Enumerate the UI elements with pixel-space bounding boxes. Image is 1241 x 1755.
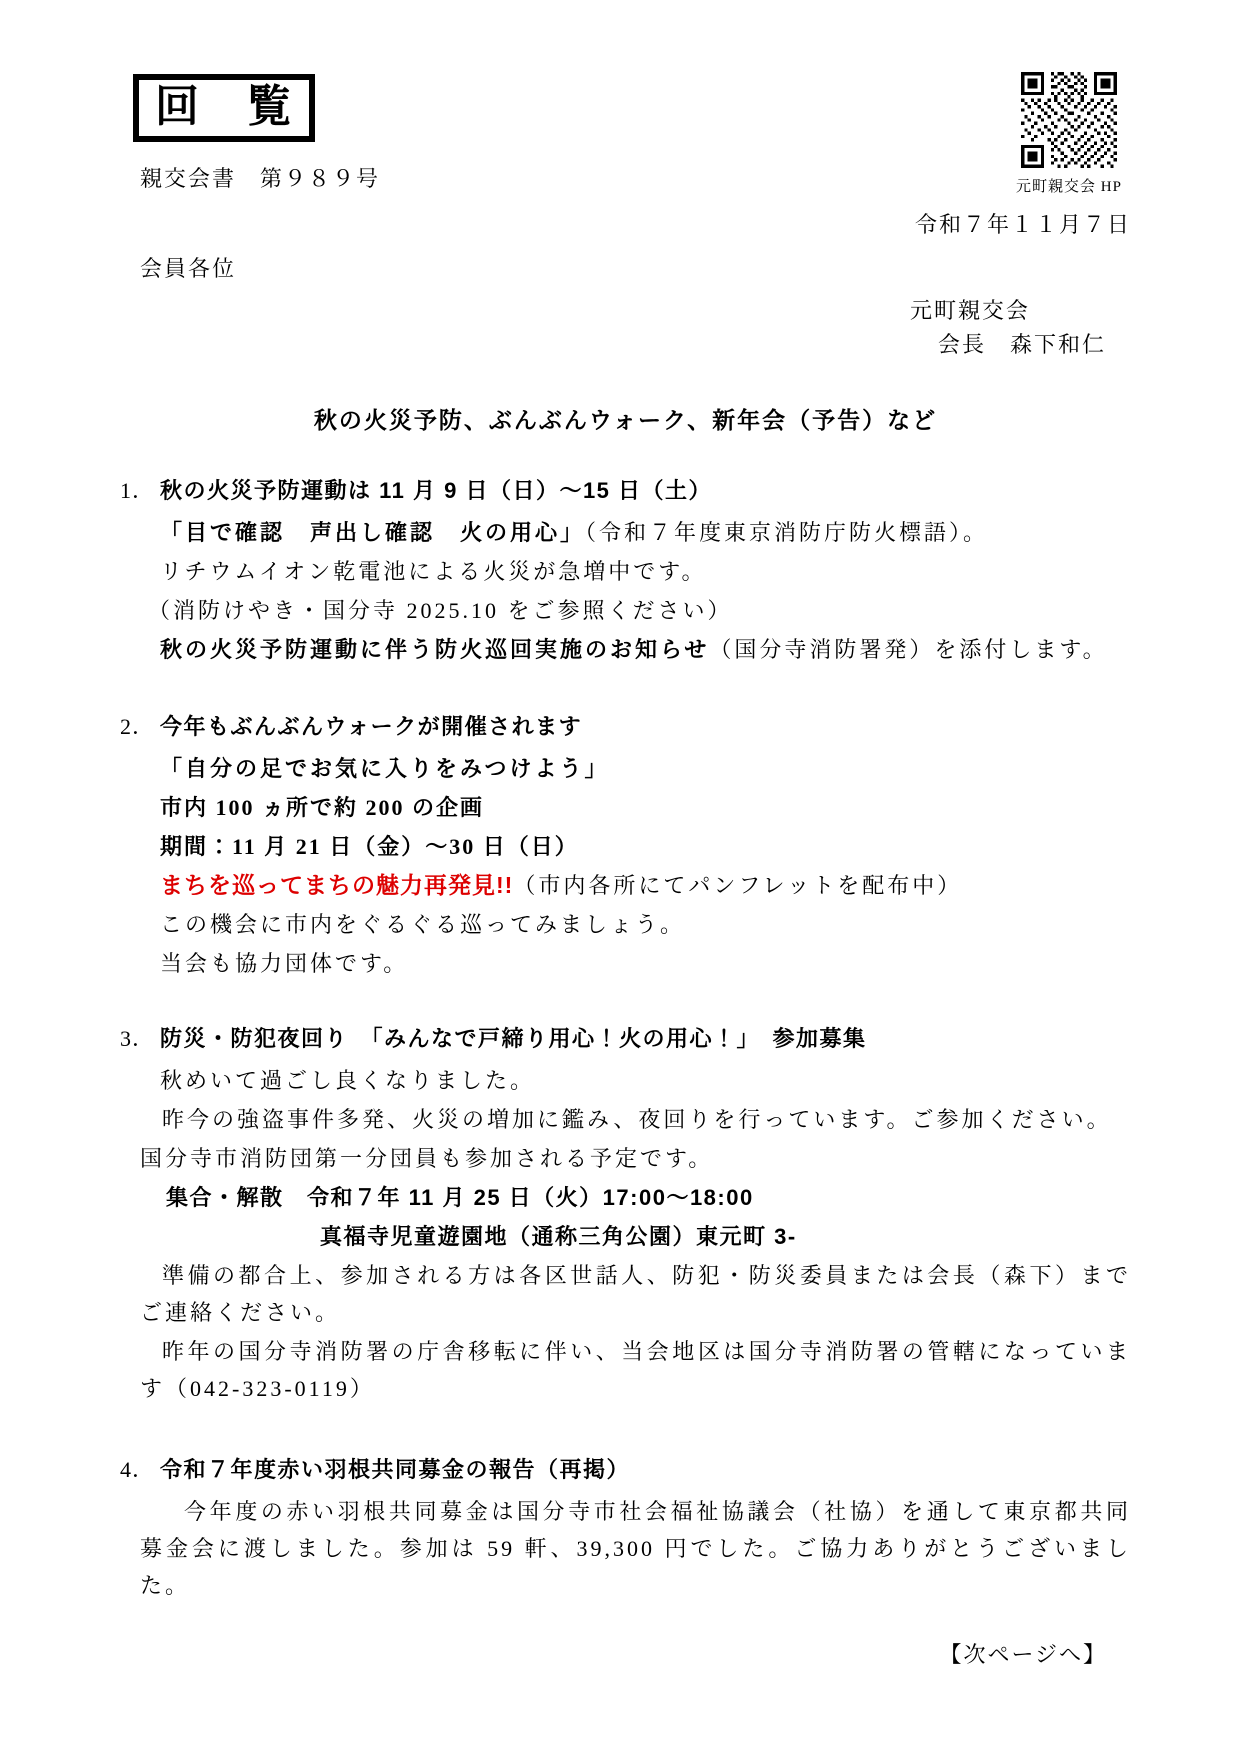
walk-member-line: 当会も協力団体です。	[160, 945, 1131, 982]
section-4-title: 令和７年度赤い羽根共同募金の報告（再掲）	[160, 1451, 630, 1488]
fire-slogan-note: （令和７年度東京消防庁防火標語）。	[585, 520, 988, 545]
walk-plan-line: 市内 100 ヵ所で約 200 の企画	[160, 789, 1131, 826]
jurisdiction-line: 昨年の国分寺消防署の庁舎移転に伴い、当会地区は国分寺消防署の管轄になっています（…	[140, 1333, 1131, 1407]
document-title: 秋の火災予防、ぶんぶんウォーク、新年会（予告）など	[120, 404, 1131, 436]
reference-line: （消防けやき・国分寺 2025.10 をご参照ください）	[148, 592, 1131, 629]
donation-report-line: 今年度の赤い羽根共同募金は国分寺市社会福祉協議会（社協）を通して東京都共同募金会…	[140, 1493, 1131, 1604]
section-1-heading: 1． 秋の火災予防運動は 11 月 9 日（日）～15 日（土）	[120, 472, 1131, 509]
brigade-line: 国分寺市消防団第一分団員も参加される予定です。	[140, 1140, 1131, 1177]
attachment-line: 秋の火災予防運動に伴う防火巡回実施のお知らせ（国分寺消防署発）を添付します。	[160, 631, 1131, 668]
contact-line: 準備の都合上、参加される方は各区世話人、防犯・防災委員または会長（森下）までご連…	[140, 1257, 1131, 1331]
qr-block: 元町親交会 HP	[999, 72, 1139, 196]
kairan-stamp: 回 覧	[133, 74, 315, 142]
section-2-title: 今年もぶんぶんウォークが開催されます	[160, 708, 582, 745]
section-fire-prevention: 1． 秋の火災予防運動は 11 月 9 日（日）～15 日（土） 「目で確認 声…	[120, 472, 1131, 668]
fire-slogan: 「目で確認 声出し確認 火の用心」	[160, 520, 585, 545]
section-2-number: 2．	[120, 708, 160, 745]
doc-number: 親交会書 第９８９号	[140, 164, 1131, 194]
section-night-patrol: 3． 防災・防犯夜回り 「みんなで戸締り用心！火の用心！」 参加募集 秋めいて過…	[120, 1020, 1131, 1407]
org-name: 元町親交会	[910, 296, 1131, 326]
section-4-heading: 4． 令和７年度赤い羽根共同募金の報告（再掲）	[120, 1451, 1131, 1488]
meet-time-line: 集合・解散 令和７年 11 月 25 日（火）17:00～18:00	[166, 1179, 1131, 1216]
walk-tour-line: この機会に市内をぐるぐる巡ってみましょう。	[160, 906, 1131, 943]
document-body: 親交会書 第９８９号 令和７年１１月７日 会員各位 元町親交会 会長 森下和仁 …	[0, 0, 1241, 1669]
walk-highlight-line: まちを巡ってまちの魅力再発見!!（市内各所にてパンフレットを配布中）	[160, 867, 1131, 904]
qr-caption: 元町親交会 HP	[999, 175, 1139, 196]
walk-highlight: まちを巡ってまちの魅力再発見!!	[160, 872, 513, 898]
section-3-title: 防災・防犯夜回り 「みんなで戸締り用心！火の用心！」 参加募集	[160, 1020, 867, 1057]
section-3-number: 3．	[120, 1020, 160, 1057]
issue-date: 令和７年１１月７日	[120, 210, 1131, 240]
qr-code-icon	[1021, 72, 1117, 168]
document-page: 回 覧 元町親交会 HP 親交会書 第９８９号 令和７年１１月７日 会員各位 元…	[0, 0, 1241, 1755]
crime-line: 昨今の強盗事件多発、火災の増加に鑑み、夜回りを行っています。ご参加ください。	[140, 1101, 1131, 1138]
section-red-feather: 4． 令和７年度赤い羽根共同募金の報告（再掲） 今年度の赤い羽根共同募金は国分寺…	[120, 1451, 1131, 1604]
section-1-number: 1．	[120, 472, 160, 509]
attachment-title: 秋の火災予防運動に伴う防火巡回実施のお知らせ	[160, 637, 709, 662]
walk-subheading: 「自分の足でお気に入りをみつけよう」	[160, 750, 1131, 787]
section-bunbun-walk: 2． 今年もぶんぶんウォークが開催されます 「自分の足でお気に入りをみつけよう」…	[120, 708, 1131, 982]
section-4-number: 4．	[120, 1451, 160, 1488]
section-1-title: 秋の火災予防運動は 11 月 9 日（日）～15 日（土）	[160, 472, 712, 509]
battery-warning-line: リチウムイオン乾電池による火災が急増中です。	[160, 553, 1131, 590]
attachment-rest: （国分寺消防署発）を添付します。	[709, 637, 1107, 662]
next-page-note: 【次ページへ】	[120, 1638, 1107, 1669]
section-2-heading: 2． 今年もぶんぶんウォークが開催されます	[120, 708, 1131, 745]
recipient: 会員各位	[140, 254, 1131, 284]
walk-period-line: 期間：11 月 21 日（金）～30 日（日）	[160, 828, 1131, 865]
fire-slogan-line: 「目で確認 声出し確認 火の用心」（令和７年度東京消防庁防火標語）。	[160, 514, 1131, 551]
autumn-line: 秋めいて過ごし良くなりました。	[160, 1062, 1131, 1099]
walk-highlight-rest: （市内各所にてパンフレットを配布中）	[513, 873, 962, 898]
section-3-heading: 3． 防災・防犯夜回り 「みんなで戸締り用心！火の用心！」 参加募集	[120, 1020, 1131, 1057]
kairan-stamp-label: 回 覧	[155, 82, 293, 131]
president-name: 会長 森下和仁	[938, 330, 1131, 360]
meet-place-line: 真福寺児童遊園地（通称三角公園）東元町 3-	[320, 1218, 1131, 1255]
